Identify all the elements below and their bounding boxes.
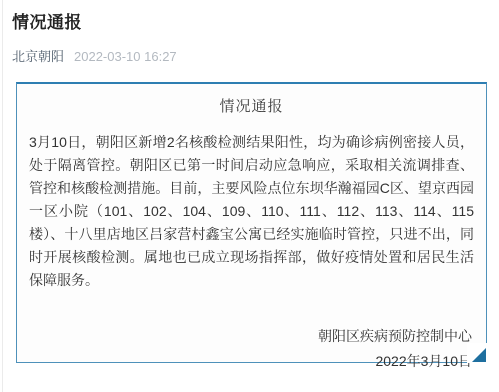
- source-link[interactable]: 北京朝阳: [12, 46, 64, 65]
- page-edge-divider: [2, 0, 3, 392]
- article-header: 情况通报 北京朝阳 2022-03-10 16:27: [0, 0, 499, 65]
- page-title: 情况通报: [12, 8, 499, 33]
- signature-date: 2022年3月10日: [17, 349, 472, 374]
- folded-corner-icon: [472, 348, 486, 362]
- notice-signature: 朝阳区疾病预防控制中心 2022年3月10日: [17, 324, 472, 374]
- signature-organization: 朝阳区疾病预防控制中心: [17, 324, 472, 349]
- notice-card: 情况通报 3月10日，朝阳区新增2名核酸检测结果阳性，均为确诊病例密接人员，处于…: [16, 82, 487, 363]
- article-meta: 北京朝阳 2022-03-10 16:27: [12, 46, 499, 65]
- notice-body-text: 3月10日，朝阳区新增2名核酸检测结果阳性，均为确诊病例密接人员，处于隔离管控。…: [29, 131, 474, 292]
- notice-title: 情况通报: [17, 95, 486, 116]
- publish-timestamp: 2022-03-10 16:27: [74, 49, 177, 64]
